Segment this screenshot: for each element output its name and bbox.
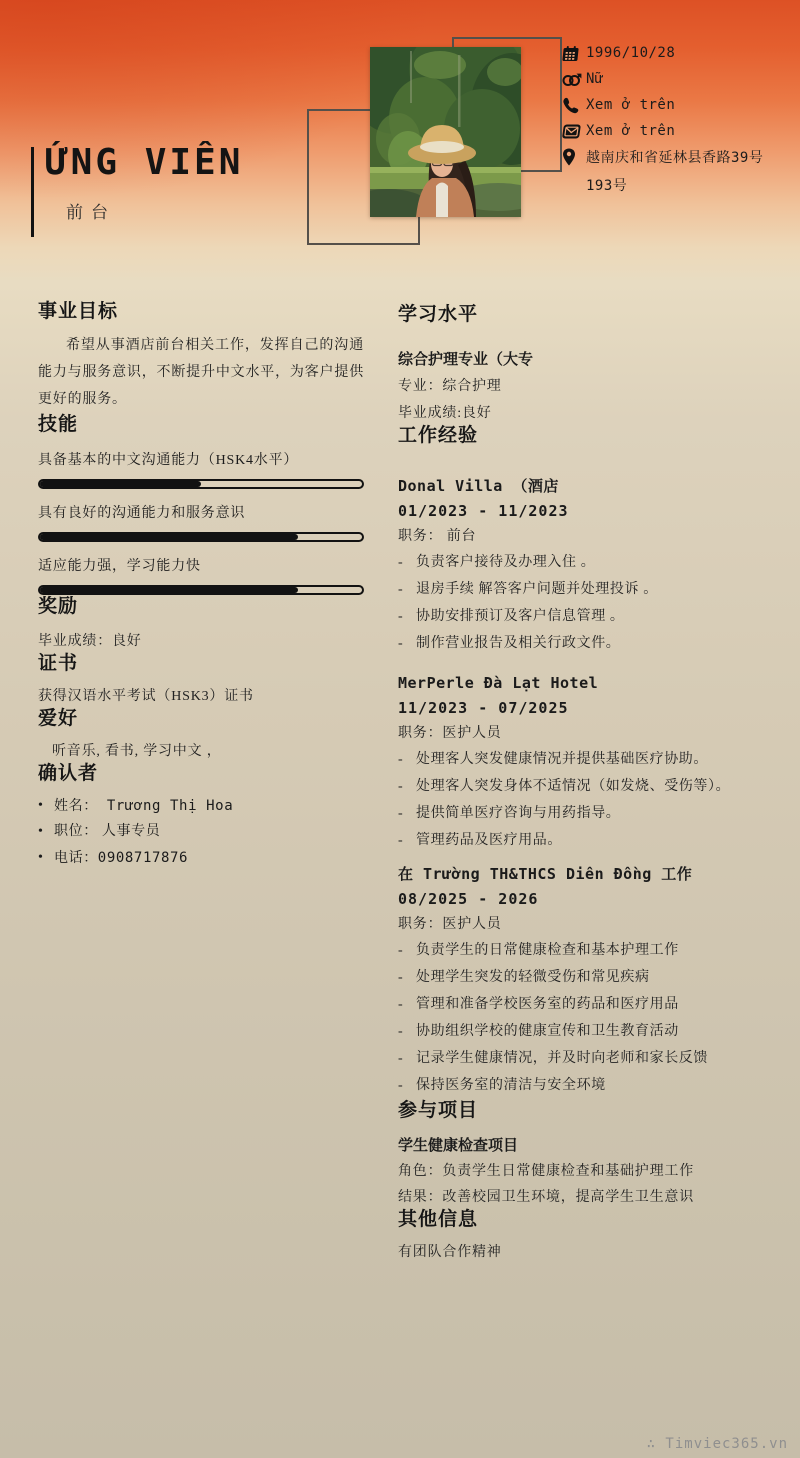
job-entry: Donal Villa （酒店 01/2023 - 11/2023 职务： 前台… bbox=[398, 476, 794, 657]
job-bullets: -负责学生的日常健康检查和基本护理工作 -处理学生突发的轻微受伤和常见疾病 -管… bbox=[398, 937, 794, 1099]
job-name: Donal Villa （酒店 bbox=[398, 476, 794, 496]
job-bullet: -记录学生健康情况，并及时向老师和家长反馈 bbox=[398, 1045, 794, 1072]
contact-row-address: 越南庆和省延林县香路39号 bbox=[562, 144, 763, 170]
profile-photo-art bbox=[370, 47, 521, 217]
job-period: 11/2023 - 07/2025 bbox=[398, 698, 794, 718]
dash-marker: - bbox=[398, 630, 416, 657]
address-text: 越南庆和省延林县香路39号 bbox=[586, 147, 763, 167]
skill-bar-fill bbox=[40, 534, 298, 540]
contact-row-birthdate: 1996/10/28 bbox=[562, 40, 763, 66]
job-bullet-text: 退房手续 解答客户问题并处理投诉 。 bbox=[416, 576, 658, 603]
skill-item: 适应能力强，学习能力快 bbox=[38, 557, 364, 595]
dash-marker: - bbox=[398, 549, 416, 576]
dash-marker: - bbox=[398, 1018, 416, 1045]
dash-marker: - bbox=[398, 1072, 416, 1099]
referee-position: 职位： 人事专员 bbox=[54, 819, 160, 845]
dash-marker: - bbox=[398, 603, 416, 630]
job-bullet: -协助组织学校的健康宣传和卫生教育活动 bbox=[398, 1018, 794, 1045]
skill-bar bbox=[38, 585, 364, 595]
job-bullet-text: 管理药品及医疗用品。 bbox=[416, 827, 562, 854]
contact-row-gender: Nữ bbox=[562, 66, 763, 92]
dash-marker: - bbox=[398, 746, 416, 773]
phone-icon bbox=[562, 97, 586, 114]
location-icon bbox=[562, 148, 586, 166]
section-title-awards: 奖励 bbox=[38, 595, 364, 618]
job-bullet: -管理药品及医疗用品。 bbox=[398, 827, 794, 854]
dash-marker: - bbox=[398, 937, 416, 964]
job-bullet-text: 管理和准备学校医务室的药品和医疗用品 bbox=[416, 991, 679, 1018]
job-role: 职务：医护人员 bbox=[398, 915, 794, 935]
dash-marker: - bbox=[398, 964, 416, 991]
referee-phone: 电话：0908717876 bbox=[54, 845, 188, 871]
job-bullet-text: 负责客户接待及办理入住 。 bbox=[416, 549, 595, 576]
skill-label: 具有良好的沟通能力和服务意识 bbox=[38, 504, 364, 524]
dash-marker: - bbox=[398, 1045, 416, 1072]
job-bullet-text: 协助组织学校的健康宣传和卫生教育活动 bbox=[416, 1018, 679, 1045]
bullet-dot-icon: • bbox=[38, 819, 54, 845]
job-bullet: -保持医务室的清洁与安全环境 bbox=[398, 1072, 794, 1099]
job-name: MerPerle Đà Lạt Hotel bbox=[398, 673, 794, 693]
education-grade: 毕业成绩:良好 bbox=[398, 404, 794, 424]
job-bullet: -管理和准备学校医务室的药品和医疗用品 bbox=[398, 991, 794, 1018]
contact-row-address-line2: 193号 bbox=[562, 170, 763, 200]
job-bullet: -提供简单医疗咨询与用药指导。 bbox=[398, 800, 794, 827]
awards-text: 毕业成绩：良好 bbox=[38, 632, 364, 652]
job-role: 职务： 前台 bbox=[398, 527, 794, 547]
job-entry: MerPerle Đà Lạt Hotel 11/2023 - 07/2025 … bbox=[398, 673, 794, 854]
profile-photo bbox=[370, 47, 521, 217]
referee-list: • 姓名： Trương Thị Hoa • 职位： 人事专员 • 电话：090… bbox=[38, 793, 364, 871]
job-bullet-text: 提供简单医疗咨询与用药指导。 bbox=[416, 800, 620, 827]
section-title-referee: 确认者 bbox=[38, 762, 364, 785]
referee-name: 姓名： Trương Thị Hoa bbox=[54, 793, 233, 819]
job-bullet: -负责客户接待及办理入住 。 bbox=[398, 549, 794, 576]
job-name: 在 Trường TH&THCS Diên Đồng 工作 bbox=[398, 864, 794, 884]
job-period: 01/2023 - 11/2023 bbox=[398, 501, 794, 521]
phone-text: Xem ở trên bbox=[586, 97, 675, 113]
job-bullet: -退房手续 解答客户问题并处理投诉 。 bbox=[398, 576, 794, 603]
dash-marker: - bbox=[398, 827, 416, 854]
contact-info: 1996/10/28 Nữ Xem ở trên Xem ở trên 越南庆和… bbox=[562, 40, 763, 200]
right-column: 学习水平 综合护理专业（大专 专业：综合护理 毕业成绩:良好 工作经验 Dona… bbox=[398, 303, 794, 1263]
job-bullet-text: 处理客人突发健康情况并提供基础医疗协助。 bbox=[416, 746, 708, 773]
job-bullet: -负责学生的日常健康检查和基本护理工作 bbox=[398, 937, 794, 964]
job-bullet-text: 处理客人突发身体不适情况（如发烧、受伤等）。 bbox=[416, 773, 730, 800]
left-column: 事业目标 希望从事酒店前台相关工作，发挥自己的沟通能力与服务意识，不断提升中文水… bbox=[38, 300, 364, 871]
candidate-title: ỨNG VIÊN bbox=[46, 142, 243, 183]
job-bullets: -负责客户接待及办理入住 。 -退房手续 解答客户问题并处理投诉 。 -协助安排… bbox=[398, 549, 794, 657]
section-title-education: 学习水平 bbox=[398, 303, 794, 326]
hobbies-text: 听音乐, 看书, 学习中文 ， bbox=[38, 742, 364, 762]
section-title-other: 其他信息 bbox=[398, 1208, 794, 1231]
job-bullet: -处理客人突发身体不适情况（如发烧、受伤等）。 bbox=[398, 773, 794, 800]
title-accent-bar bbox=[31, 147, 34, 237]
project-result: 结果：改善校园卫生环境，提高学生卫生意识 bbox=[398, 1188, 794, 1208]
skill-bar-fill bbox=[40, 587, 298, 593]
job-role: 职务：医护人员 bbox=[398, 724, 794, 744]
section-title-experience: 工作经验 bbox=[398, 424, 794, 447]
education-degree: 综合护理专业（大专 bbox=[398, 350, 794, 370]
dash-marker: - bbox=[398, 576, 416, 603]
bullet-dot-icon: • bbox=[38, 793, 54, 819]
job-bullet: -处理学生突发的轻微受伤和常见疾病 bbox=[398, 964, 794, 991]
contact-row-email: Xem ở trên bbox=[562, 118, 763, 144]
email-icon bbox=[562, 124, 586, 139]
job-bullet-text: 制作营业报告及相关行政文件。 bbox=[416, 630, 620, 657]
skill-item: 具备基本的中文沟通能力（HSK4水平） bbox=[38, 451, 364, 489]
skill-item: 具有良好的沟通能力和服务意识 bbox=[38, 504, 364, 542]
job-entry: 在 Trường TH&THCS Diên Đồng 工作 08/2025 - … bbox=[398, 864, 794, 1099]
education-major: 专业：综合护理 bbox=[398, 377, 794, 397]
section-title-skills: 技能 bbox=[38, 413, 364, 436]
bullet-dot-icon: • bbox=[38, 845, 54, 871]
objective-text: 希望从事酒店前台相关工作，发挥自己的沟通能力与服务意识，不断提升中文水平，为客户… bbox=[38, 332, 364, 413]
gender-text: Nữ bbox=[586, 71, 604, 87]
job-bullet-text: 保持医务室的清洁与安全环境 bbox=[416, 1072, 606, 1099]
section-title-hobbies: 爱好 bbox=[38, 707, 364, 730]
skill-bar bbox=[38, 532, 364, 542]
dash-marker: - bbox=[398, 773, 416, 800]
calendar-icon bbox=[562, 45, 586, 62]
section-title-objective: 事业目标 bbox=[38, 300, 364, 323]
job-bullet: -协助安排预订及客户信息管理 。 bbox=[398, 603, 794, 630]
watermark: ∴ Timviec365.vn bbox=[647, 1436, 788, 1452]
job-bullet-text: 记录学生健康情况，并及时向老师和家长反馈 bbox=[416, 1045, 708, 1072]
job-bullet-text: 负责学生的日常健康检查和基本护理工作 bbox=[416, 937, 679, 964]
skill-bar-fill bbox=[40, 481, 201, 487]
position-subtitle: 前台 bbox=[66, 198, 116, 223]
skill-bar bbox=[38, 479, 364, 489]
job-bullet: -制作营业报告及相关行政文件。 bbox=[398, 630, 794, 657]
referee-item-phone: • 电话：0908717876 bbox=[38, 845, 364, 871]
referee-item-name: • 姓名： Trương Thị Hoa bbox=[38, 793, 364, 819]
job-bullet-text: 处理学生突发的轻微受伤和常见疾病 bbox=[416, 964, 650, 991]
gender-icon bbox=[562, 72, 586, 87]
skill-label: 适应能力强，学习能力快 bbox=[38, 557, 364, 577]
section-title-certificates: 证书 bbox=[38, 652, 364, 675]
skill-label: 具备基本的中文沟通能力（HSK4水平） bbox=[38, 451, 364, 471]
job-bullets: -处理客人突发健康情况并提供基础医疗协助。 -处理客人突发身体不适情况（如发烧、… bbox=[398, 746, 794, 854]
resume-page: ỨNG VIÊN 前台 1996/10/28 Nữ Xem ở trên Xem bbox=[0, 0, 800, 1458]
email-text: Xem ở trên bbox=[586, 123, 675, 139]
address-text-line2: 193号 bbox=[586, 175, 627, 195]
project-role: 角色：负责学生日常健康检查和基础护理工作 bbox=[398, 1162, 794, 1182]
dash-marker: - bbox=[398, 800, 416, 827]
job-bullet: -处理客人突发健康情况并提供基础医疗协助。 bbox=[398, 746, 794, 773]
contact-row-phone: Xem ở trên bbox=[562, 92, 763, 118]
certificates-text: 获得汉语水平考试（HSK3）证书 bbox=[38, 687, 364, 707]
section-title-projects: 参与项目 bbox=[398, 1099, 794, 1122]
job-bullet-text: 协助安排预订及客户信息管理 。 bbox=[416, 603, 625, 630]
birthdate-text: 1996/10/28 bbox=[586, 45, 675, 61]
referee-item-position: • 职位： 人事专员 bbox=[38, 819, 364, 845]
job-period: 08/2025 - 2026 bbox=[398, 889, 794, 909]
project-name: 学生健康检查项目 bbox=[398, 1136, 794, 1156]
dash-marker: - bbox=[398, 991, 416, 1018]
other-text: 有团队合作精神 bbox=[398, 1243, 794, 1263]
